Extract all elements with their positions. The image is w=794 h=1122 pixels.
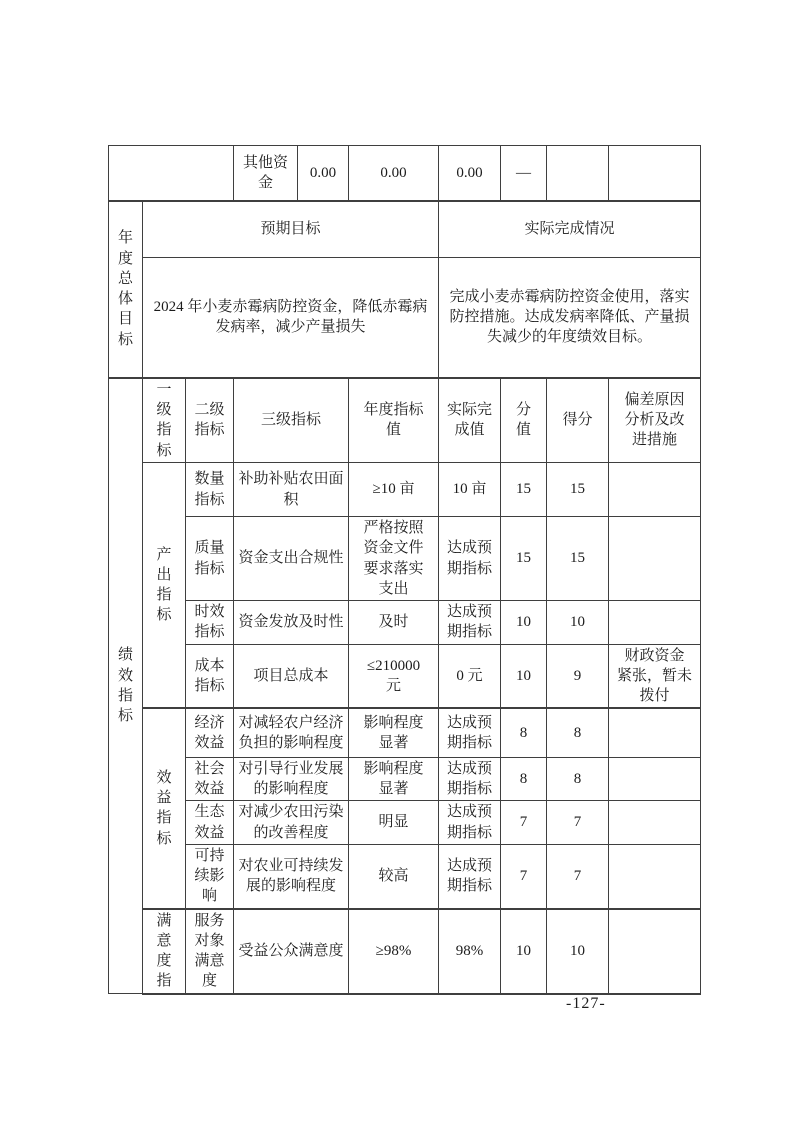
- points-cell: 10: [501, 909, 547, 994]
- annual-goals-row-label: 年 度 总 体 目 标: [109, 201, 143, 378]
- deviation-cell: 财政资金 紧张，暂未 拨付: [609, 644, 701, 708]
- indicator-row-timeliness: 时效 指标 资金发放及时性 及时 达成预 期指标 10 10: [109, 601, 701, 645]
- level3-cell: 资金支出合规性: [234, 517, 349, 601]
- funding-row: 其他资 金 0.00 0.00 0.00 —: [109, 146, 701, 201]
- level2-cell: 成本 指标: [186, 644, 234, 708]
- indicator-row-cost: 成本 指标 项目总成本 ≤210000 元 0 元 10 9 财政资金 紧张，暂…: [109, 644, 701, 708]
- target-cell: 及时: [349, 601, 439, 645]
- score-cell: 8: [547, 757, 609, 801]
- level2-cell: 社会 效益: [186, 757, 234, 801]
- actual-cell: 98%: [439, 909, 501, 994]
- level3-cell: 受益公众满意度: [234, 909, 349, 994]
- actual-completion-text: 完成小麦赤霉病防控资金使用，落实 防控措施。达成发病率降低、产量损 失减少的年度…: [439, 258, 701, 378]
- points-cell: 10: [501, 601, 547, 645]
- funding-dash: —: [501, 146, 547, 201]
- score-cell: 15: [547, 463, 609, 517]
- level2-cell: 服务 对象 满意 度: [186, 909, 234, 994]
- indicator-header-row: 绩 效 指 标 一 级 指 标 二级 指标 三级指标 年度指标 值 实际完 成值…: [109, 378, 701, 463]
- deviation-cell: [609, 463, 701, 517]
- level2-cell: 经济 效益: [186, 708, 234, 757]
- indicator-row-ecological: 生态 效益 对减少农田污染 的改善程度 明显 达成预 期指标 7 7: [109, 801, 701, 845]
- group-label-satisfaction: 满 意 度 指: [143, 909, 186, 994]
- level2-header: 二级 指标: [186, 378, 234, 463]
- level3-cell: 项目总成本: [234, 644, 349, 708]
- level3-cell: 对减少农田污染 的改善程度: [234, 801, 349, 845]
- points-cell: 15: [501, 463, 547, 517]
- actual-cell: 10 亩: [439, 463, 501, 517]
- actual-cell: 达成预 期指标: [439, 601, 501, 645]
- deviation-header: 偏差原因 分析及改 进措施: [609, 378, 701, 463]
- expected-goal-text: 2024 年小麦赤霉病防控资金，降低赤霉病 发病率，减少产量损失: [143, 258, 439, 378]
- page-number: -127-: [566, 995, 606, 1013]
- goals-header-row: 年 度 总 体 目 标 预期目标 实际完成情况: [109, 201, 701, 258]
- funding-value-3: 0.00: [439, 146, 501, 201]
- group-label-benefit: 效 益 指 标: [143, 708, 186, 908]
- target-cell: 影响程度 显著: [349, 757, 439, 801]
- points-cell: 7: [501, 844, 547, 908]
- actual-cell: 达成预 期指标: [439, 517, 501, 601]
- score-header: 得分: [547, 378, 609, 463]
- funding-label: 其他资 金: [234, 146, 298, 201]
- deviation-cell: [609, 601, 701, 645]
- level2-cell: 质量 指标: [186, 517, 234, 601]
- score-cell: 10: [547, 909, 609, 994]
- level3-cell: 资金发放及时性: [234, 601, 349, 645]
- points-cell: 8: [501, 708, 547, 757]
- score-cell: 9: [547, 644, 609, 708]
- expected-goal-header: 预期目标: [143, 201, 439, 258]
- level2-cell: 生态 效益: [186, 801, 234, 845]
- indicator-row-sustainability: 可持 续影 响 对农业可持续发 展的影响程度 较高 达成预 期指标 7 7: [109, 844, 701, 908]
- score-cell: 8: [547, 708, 609, 757]
- actual-value-header: 实际完 成值: [439, 378, 501, 463]
- target-cell: ≥10 亩: [349, 463, 439, 517]
- deviation-cell: [609, 517, 701, 601]
- points-cell: 8: [501, 757, 547, 801]
- actual-cell: 达成预 期指标: [439, 801, 501, 845]
- empty-cell: [109, 146, 234, 201]
- goals-content-row: 2024 年小麦赤霉病防控资金，降低赤霉病 发病率，减少产量损失 完成小麦赤霉病…: [109, 258, 701, 378]
- empty-cell: [547, 146, 609, 201]
- target-cell: 较高: [349, 844, 439, 908]
- score-cell: 7: [547, 844, 609, 908]
- group-label-output: 产 出 指 标: [143, 463, 186, 709]
- deviation-cell: [609, 708, 701, 757]
- level3-cell: 补助补贴农田面 积: [234, 463, 349, 517]
- level2-cell: 可持 续影 响: [186, 844, 234, 908]
- points-header: 分 值: [501, 378, 547, 463]
- actual-cell: 达成预 期指标: [439, 708, 501, 757]
- level3-cell: 对引导行业发展 的影响程度: [234, 757, 349, 801]
- deviation-cell: [609, 757, 701, 801]
- actual-cell: 达成预 期指标: [439, 844, 501, 908]
- level1-header: 一 级 指 标: [143, 378, 186, 463]
- empty-cell: [609, 146, 701, 201]
- deviation-cell: [609, 844, 701, 908]
- document-page: 其他资 金 0.00 0.00 0.00 — 年 度 总 体 目 标 预期目标 …: [0, 0, 794, 1122]
- actual-cell: 达成预 期指标: [439, 757, 501, 801]
- actual-completion-header: 实际完成情况: [439, 201, 701, 258]
- points-cell: 15: [501, 517, 547, 601]
- target-cell: ≤210000 元: [349, 644, 439, 708]
- indicator-row-economic: 效 益 指 标 经济 效益 对减轻农户经济 负担的影响程度 影响程度 显著 达成…: [109, 708, 701, 757]
- score-cell: 10: [547, 601, 609, 645]
- actual-cell: 0 元: [439, 644, 501, 708]
- level3-cell: 对减轻农户经济 负担的影响程度: [234, 708, 349, 757]
- score-cell: 15: [547, 517, 609, 601]
- score-cell: 7: [547, 801, 609, 845]
- indicator-row-social: 社会 效益 对引导行业发展 的影响程度 影响程度 显著 达成预 期指标 8 8: [109, 757, 701, 801]
- deviation-cell: [609, 801, 701, 845]
- points-cell: 7: [501, 801, 547, 845]
- target-cell: 明显: [349, 801, 439, 845]
- performance-indicator-row-label: 绩 效 指 标: [109, 378, 143, 994]
- target-cell: ≥98%: [349, 909, 439, 994]
- level2-cell: 数量 指标: [186, 463, 234, 517]
- indicator-row-quantity: 产 出 指 标 数量 指标 补助补贴农田面 积 ≥10 亩 10 亩 15 15: [109, 463, 701, 517]
- indicator-row-quality: 质量 指标 资金支出合规性 严格按照 资金文件 要求落实 支出 达成预 期指标 …: [109, 517, 701, 601]
- level3-header: 三级指标: [234, 378, 349, 463]
- annual-target-header: 年度指标 值: [349, 378, 439, 463]
- points-cell: 10: [501, 644, 547, 708]
- funding-value-1: 0.00: [298, 146, 349, 201]
- level2-cell: 时效 指标: [186, 601, 234, 645]
- level3-cell: 对农业可持续发 展的影响程度: [234, 844, 349, 908]
- performance-evaluation-table: 其他资 金 0.00 0.00 0.00 — 年 度 总 体 目 标 预期目标 …: [108, 145, 701, 995]
- indicator-row-satisfaction: 满 意 度 指 服务 对象 满意 度 受益公众满意度 ≥98% 98% 10 1…: [109, 909, 701, 994]
- funding-value-2: 0.00: [349, 146, 439, 201]
- deviation-cell: [609, 909, 701, 994]
- target-cell: 严格按照 资金文件 要求落实 支出: [349, 517, 439, 601]
- target-cell: 影响程度 显著: [349, 708, 439, 757]
